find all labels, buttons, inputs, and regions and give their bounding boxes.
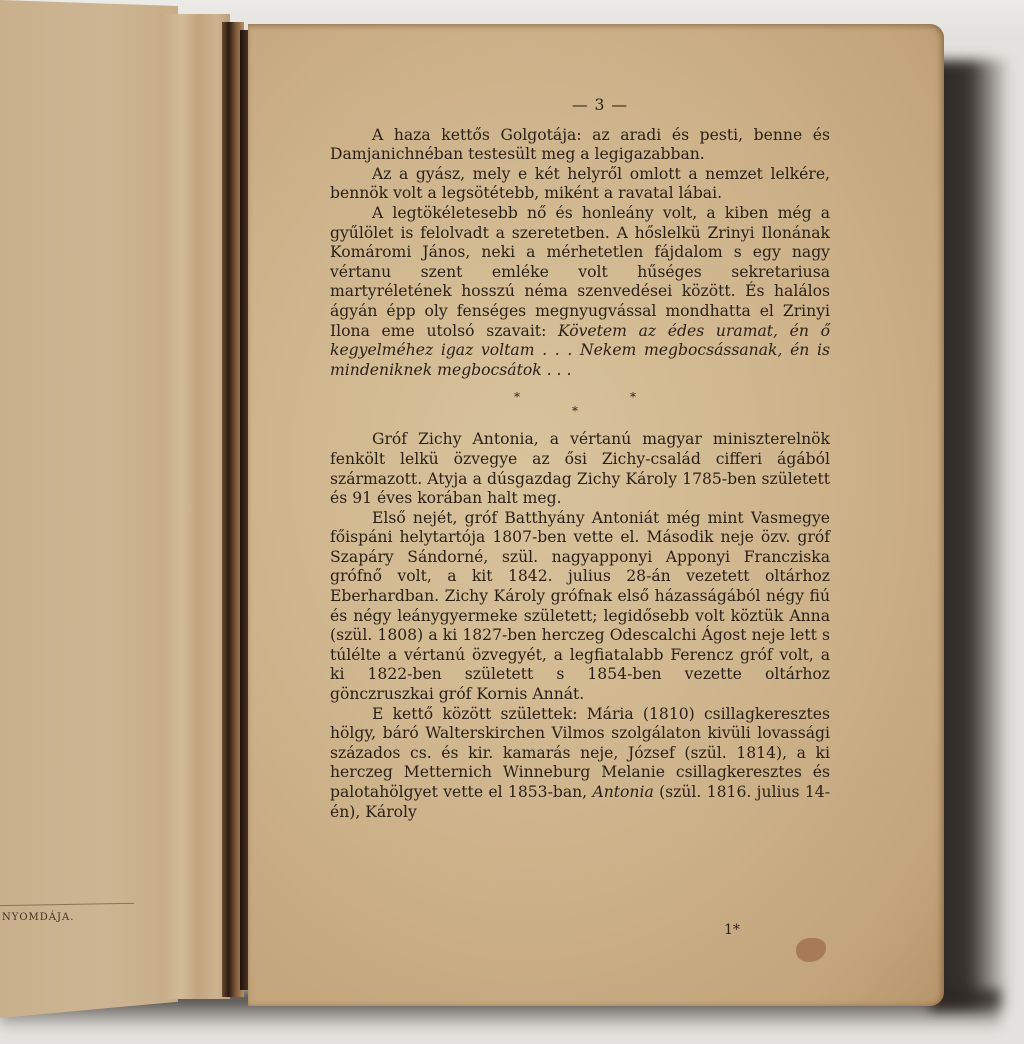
paragraph-4: Gróf Zichy Antonia, a vértanú magyar min… xyxy=(330,430,830,508)
antonia-name: Antonia xyxy=(592,783,653,801)
page-body: — 3 — A haza kettős Golgotája: az aradi … xyxy=(330,96,830,822)
printer-imprint: NYOMDÁJA. xyxy=(2,912,74,923)
left-page xyxy=(0,0,178,1018)
book-photo: NYOMDÁJA. — 3 — A haza kettős Golgotája:… xyxy=(0,0,1024,1044)
asterisk-2: * xyxy=(630,388,636,408)
paragraph-1: A haza kettős Golgotája: az aradi és pes… xyxy=(330,126,830,165)
spine-crack xyxy=(240,30,248,990)
paragraph-2: Az a gyász, mely e két helyről omlott a … xyxy=(330,165,830,204)
paragraph-3-text: A legtökéletesebb nő és honleány volt, a… xyxy=(330,204,830,340)
paragraph-5: Első nejét, gróf Batthyány Antoniát még … xyxy=(330,509,830,705)
left-page-fold xyxy=(160,14,230,999)
paragraph-3: A legtökéletesebb nő és honleány volt, a… xyxy=(330,204,830,380)
page-number: — 3 — xyxy=(370,96,830,116)
section-separator: * * * xyxy=(330,386,830,422)
asterisk-3: * xyxy=(572,402,578,422)
paragraph-6: E kettő között születtek: Mária (1810) c… xyxy=(330,705,830,823)
signature-mark: 1* xyxy=(724,922,740,938)
asterisk-1: * xyxy=(514,388,520,408)
